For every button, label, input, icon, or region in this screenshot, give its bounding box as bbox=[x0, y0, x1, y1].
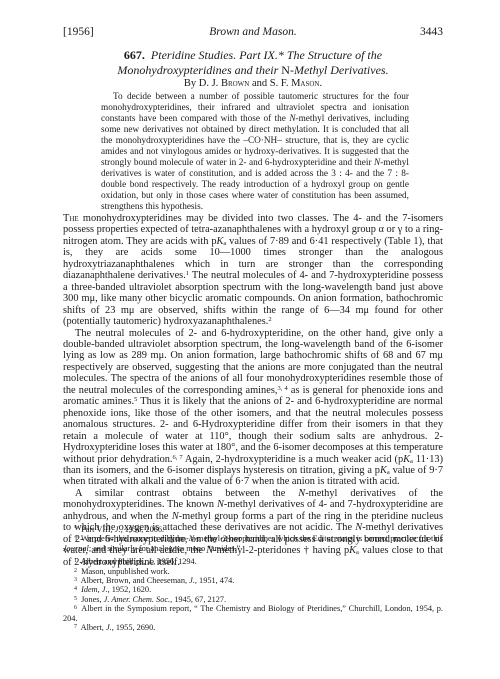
abstract-paragraph: To decide between a number of possible t… bbox=[101, 92, 409, 212]
reference-item: 5 Jones, J. Amer. Chem. Soc., 1945, 67, … bbox=[63, 595, 443, 604]
journal-page: [1956] Brown and Mason. 3443 667. Pterid… bbox=[0, 0, 500, 679]
running-head: [1956] Brown and Mason. 3443 bbox=[63, 26, 443, 39]
article-title: 667. Pteridine Studies. Part IX.* The St… bbox=[63, 48, 443, 77]
abstract: To decide between a number of possible t… bbox=[101, 92, 409, 212]
author-notes: * Part VIII, J., 1956, 2066. † We prefer… bbox=[63, 525, 443, 553]
running-head-authors: Brown and Mason. bbox=[63, 26, 443, 38]
reference-item: 3 Albert, Brown, and Cheeseman, J., 1951… bbox=[63, 576, 443, 585]
author-brown: Brown bbox=[221, 78, 249, 89]
reference-marker: 2 bbox=[268, 316, 271, 323]
title-line-2: Monohydroxypteridines and their N-Methyl… bbox=[63, 63, 443, 78]
footnotes: * Part VIII, J., 1956, 2066. † We prefer… bbox=[63, 525, 443, 636]
author-mason: Mason bbox=[291, 78, 319, 89]
byline: By D. J. Brown and S. F. Mason. bbox=[63, 78, 443, 89]
page-number: 3443 bbox=[420, 26, 443, 38]
reference-list: 1 Albert and Phillips, J., 1956, 1294. 2… bbox=[63, 557, 443, 632]
footnote-star: * Part VIII, J., 1956, 2066. bbox=[63, 525, 443, 534]
title-line-1: 667. Pteridine Studies. Part IX.* The St… bbox=[63, 48, 443, 63]
reference-marker: 6, 7 bbox=[173, 454, 183, 461]
body-paragraph-1: The monohydroxypteridines may be divided… bbox=[63, 213, 443, 328]
footnote-dagger: † We prefer this name to dihydro-N-methy… bbox=[63, 534, 443, 553]
article-number: 667. bbox=[124, 48, 145, 62]
body-paragraph-2: The neutral molecules of 2- and 6-hydrox… bbox=[63, 328, 443, 488]
reference-item: 7 Albert, J., 1955, 2690. bbox=[63, 623, 443, 632]
title-text-1: Pteridine Studies. Part IX.* The Structu… bbox=[151, 48, 382, 62]
reference-marker: 3, 4 bbox=[277, 385, 287, 392]
article-body: The monohydroxypteridines may be divided… bbox=[63, 213, 443, 568]
reference-item: 2 Mason, unpublished work. bbox=[63, 567, 443, 576]
reference-item: 4 Idem, J., 1952, 1620. bbox=[63, 585, 443, 594]
reference-item: 6 Albert in the Symposium report, “ The … bbox=[63, 604, 443, 623]
reference-item: 1 Albert and Phillips, J., 1956, 1294. bbox=[63, 557, 443, 566]
